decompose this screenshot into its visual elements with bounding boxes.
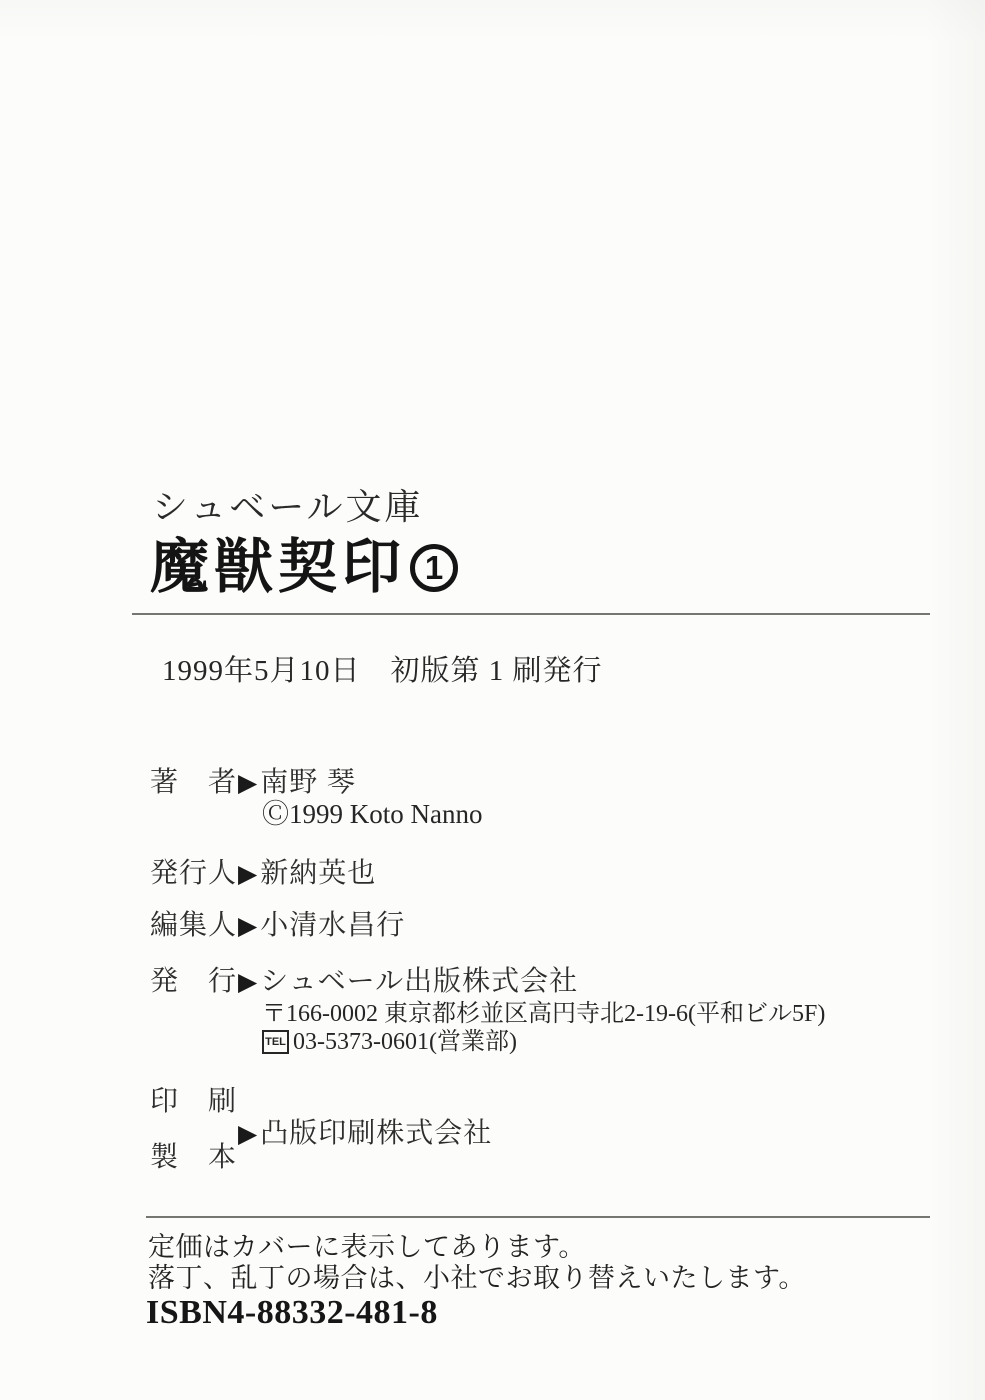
defect-replacement-notice: 落丁、乱丁の場合は、小社でお取り替えいたします。 bbox=[148, 1265, 806, 1292]
editor-label: 編集人 bbox=[150, 911, 236, 939]
tel-number: 03-5373-0601(営業部) bbox=[293, 1030, 517, 1054]
colophon-row-author: 著者▶南野 琴 bbox=[150, 768, 356, 796]
colophon-page: シュベール文庫 魔獣契印 1 1999年5月10日 初版第 1 刷発行 著者▶南… bbox=[0, 0, 985, 1400]
footer-divider-rule bbox=[146, 1216, 930, 1218]
volume-circled-number: 1 bbox=[410, 544, 458, 592]
publisher-telephone: TEL 03-5373-0601(営業部) bbox=[262, 1030, 517, 1054]
colophon-row-printing: 印刷 bbox=[150, 1087, 236, 1115]
author-name: 南野 琴 bbox=[260, 766, 356, 797]
series-imprint: シュベール文庫 bbox=[152, 489, 424, 525]
colophon-row-publisher-person: 発行人▶新納英也 bbox=[150, 859, 376, 887]
edition-date-line: 1999年5月10日 初版第 1 刷発行 bbox=[162, 657, 603, 686]
colophon-row-printing-company: ▶凸版印刷株式会社 bbox=[236, 1119, 492, 1147]
book-title-text: 魔獣契印 bbox=[150, 538, 406, 597]
publisher-person-name: 新納英也 bbox=[260, 857, 376, 888]
bullet-arrow-icon: ▶ bbox=[238, 1120, 257, 1148]
book-title: 魔獣契印 1 bbox=[150, 538, 458, 597]
printing-label: 印刷 bbox=[150, 1087, 236, 1115]
volume-number: 1 bbox=[425, 551, 443, 584]
printing-company-name: 凸版印刷株式会社 bbox=[260, 1117, 492, 1148]
title-divider-rule bbox=[132, 613, 930, 615]
bullet-arrow-icon: ▶ bbox=[238, 860, 257, 888]
price-notice: 定価はカバーに表示してあります。 bbox=[148, 1234, 586, 1261]
publisher-person-label: 発行人 bbox=[150, 859, 236, 887]
bullet-arrow-icon: ▶ bbox=[238, 968, 257, 996]
author-label: 著者 bbox=[150, 768, 236, 796]
publisher-address: 〒166-0002 東京都杉並区高円寺北2-19-6(平和ビル5F) bbox=[262, 1002, 825, 1026]
bullet-arrow-icon: ▶ bbox=[238, 769, 257, 797]
tel-box-icon: TEL bbox=[262, 1030, 289, 1054]
binding-label: 製本 bbox=[150, 1143, 236, 1171]
colophon-row-publisher: 発行▶シュベール出版株式会社 bbox=[150, 967, 578, 995]
publisher-name: シュベール出版株式会社 bbox=[260, 965, 578, 996]
publisher-label: 発行 bbox=[150, 967, 236, 995]
copyright-line: Ⓒ1999 Koto Nanno bbox=[262, 801, 482, 828]
editor-name: 小清水昌行 bbox=[260, 909, 405, 940]
isbn-number: ISBN4-88332-481-8 bbox=[146, 1296, 438, 1330]
bullet-arrow-icon: ▶ bbox=[238, 912, 257, 940]
colophon-row-editor: 編集人▶小清水昌行 bbox=[150, 911, 405, 939]
colophon-row-binding: 製本 bbox=[150, 1143, 236, 1171]
